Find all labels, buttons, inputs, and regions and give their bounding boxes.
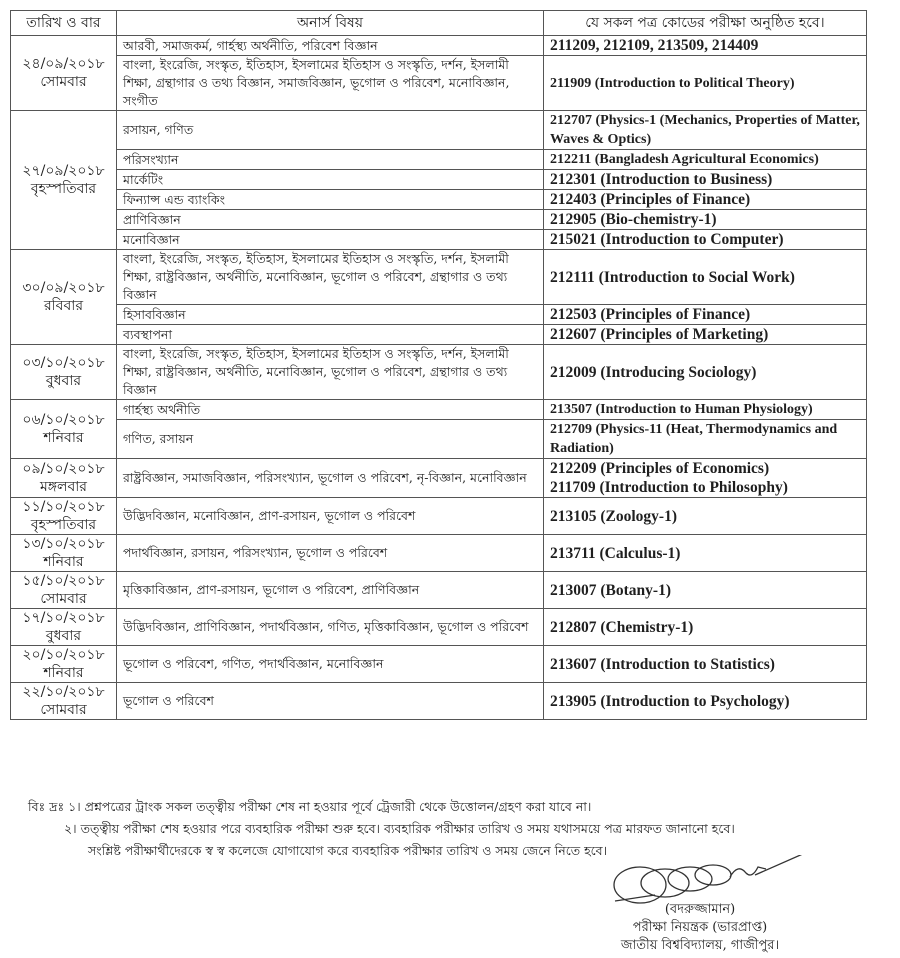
exam-weekday: শনিবার [17, 553, 110, 571]
paper-code-cell: 212607 (Principles of Marketing) [544, 325, 867, 345]
date-cell: ৩০/০৯/২০১৮রবিবার [11, 250, 117, 345]
table-row: গণিত, রসায়ন212709 (Physics-11 (Heat, Th… [11, 420, 867, 459]
exam-date: ১৩/১০/২০১৮ [17, 535, 110, 553]
paper-code-cell: 212707 (Physics-1 (Mechanics, Properties… [544, 111, 867, 150]
subjects-cell: মার্কেটিং [117, 170, 544, 190]
paper-code-cell: 212301 (Introduction to Business) [544, 170, 867, 190]
exam-date: ০৯/১০/২০১৮ [17, 460, 110, 478]
exam-date: ১১/১০/২০১৮ [17, 498, 110, 516]
subjects-cell: ব্যবস্থাপনা [117, 325, 544, 345]
paper-code-cell: 213007 (Botany-1) [544, 572, 867, 609]
exam-weekday: বৃহস্পতিবার [17, 180, 110, 198]
table-row: ব্যবস্থাপনা212607 (Principles of Marketi… [11, 325, 867, 345]
subjects-cell: আরবী, সমাজকর্ম, গার্হস্থ্য অর্থনীতি, পরি… [117, 36, 544, 56]
date-cell: ০৬/১০/২০১৮শনিবার [11, 400, 117, 459]
date-cell: ১৭/১০/২০১৮বুধবার [11, 609, 117, 646]
table-row: পরিসংখ্যান212211 (Bangladesh Agricultura… [11, 150, 867, 170]
subjects-cell: পদার্থবিজ্ঞান, রসায়ন, পরিসংখ্যান, ভূগোল… [117, 535, 544, 572]
paper-code-cell: 213905 (Introduction to Psychology) [544, 683, 867, 720]
exam-weekday: সোমবার [17, 73, 110, 91]
table-row: হিসাববিজ্ঞান212503 (Principles of Financ… [11, 305, 867, 325]
table-row: ১১/১০/২০১৮বৃহস্পতিবারউদ্ভিদবিজ্ঞান, মনোব… [11, 498, 867, 535]
table-row: ২০/১০/২০১৮শনিবারভূগোল ও পরিবেশ, গণিত, পদ… [11, 646, 867, 683]
subjects-cell: উদ্ভিদবিজ্ঞান, প্রাণিবিজ্ঞান, পদার্থবিজ্… [117, 609, 544, 646]
table-row: ২৭/০৯/২০১৮বৃহস্পতিবাররসায়ন, গণিত212707 … [11, 111, 867, 150]
subjects-cell: রাষ্ট্রবিজ্ঞান, সমাজবিজ্ঞান, পরিসংখ্যান,… [117, 459, 544, 498]
date-cell: ১৫/১০/২০১৮সোমবার [11, 572, 117, 609]
paper-code-cell: 212709 (Physics-11 (Heat, Thermodynamics… [544, 420, 867, 459]
paper-code-cell: 213607 (Introduction to Statistics) [544, 646, 867, 683]
exam-weekday: বুধবার [17, 627, 110, 645]
schedule-body: ২৪/০৯/২০১৮সোমবারআরবী, সমাজকর্ম, গার্হস্থ… [11, 36, 867, 720]
exam-weekday: মঙ্গলবার [17, 478, 110, 496]
paper-code-cell: 215021 (Introduction to Computer) [544, 230, 867, 250]
subjects-cell: বাংলা, ইংরেজি, সংস্কৃত, ইতিহাস, ইসলামের … [117, 345, 544, 400]
paper-code-cell: 213507 (Introduction to Human Physiology… [544, 400, 867, 420]
signatory-institution: জাতীয় বিশ্ববিদ্যালয়, গাজীপুর। [585, 937, 815, 955]
subjects-cell: মনোবিজ্ঞান [117, 230, 544, 250]
signature-block: (বদরুজ্জামান) পরীক্ষা নিয়ন্ত্রক (ভারপ্র… [585, 855, 815, 955]
exam-date: ২৭/০৯/২০১৮ [17, 162, 110, 180]
paper-code-cell: 212807 (Chemistry-1) [544, 609, 867, 646]
exam-weekday: সোমবার [17, 701, 110, 719]
exam-date: ২০/১০/২০১৮ [17, 646, 110, 664]
table-row: প্রাণিবিজ্ঞান212905 (Bio-chemistry-1) [11, 210, 867, 230]
paper-code-cell: 212211 (Bangladesh Agricultural Economic… [544, 150, 867, 170]
subjects-cell: ফিন্যান্স এন্ড ব্যাংকিং [117, 190, 544, 210]
paper-code-cell: 211909 (Introduction to Political Theory… [544, 56, 867, 111]
paper-code-cell: 212009 (Introducing Sociology) [544, 345, 867, 400]
date-cell: ২৪/০৯/২০১৮সোমবার [11, 36, 117, 111]
date-cell: ২২/১০/২০১৮সোমবার [11, 683, 117, 720]
date-cell: ২০/১০/২০১৮শনিবার [11, 646, 117, 683]
subjects-cell: রসায়ন, গণিত [117, 111, 544, 150]
date-cell: ১৩/১০/২০১৮শনিবার [11, 535, 117, 572]
exam-date: ৩০/০৯/২০১৮ [17, 279, 110, 297]
subjects-cell: মৃত্তিকাবিজ্ঞান, প্রাণ-রসায়ন, ভূগোল ও প… [117, 572, 544, 609]
subjects-cell: ভূগোল ও পরিবেশ, গণিত, পদার্থবিজ্ঞান, মনো… [117, 646, 544, 683]
exam-schedule-document: তারিখ ও বার অনার্স বিষয় যে সকল পত্র কোড… [10, 10, 866, 720]
table-row: ৩০/০৯/২০১৮রবিবারবাংলা, ইংরেজি, সংস্কৃত, … [11, 250, 867, 305]
date-cell: ১১/১০/২০১৮বৃহস্পতিবার [11, 498, 117, 535]
table-row: ০৬/১০/২০১৮শনিবারগার্হস্থ্য অর্থনীতি21350… [11, 400, 867, 420]
table-row: ২২/১০/২০১৮সোমবারভূগোল ও পরিবেশ213905 (In… [11, 683, 867, 720]
subjects-cell: উদ্ভিদবিজ্ঞান, মনোবিজ্ঞান, প্রাণ-রসায়ন,… [117, 498, 544, 535]
exam-weekday: শনিবার [17, 429, 110, 447]
subjects-cell: বাংলা, ইংরেজি, সংস্কৃত, ইতিহাস, ইসলামের … [117, 250, 544, 305]
date-column-header: তারিখ ও বার [11, 11, 117, 36]
subjects-cell: ভূগোল ও পরিবেশ [117, 683, 544, 720]
exam-schedule-table: তারিখ ও বার অনার্স বিষয় যে সকল পত্র কোড… [10, 10, 867, 720]
paper-code-cell: 213105 (Zoology-1) [544, 498, 867, 535]
signatory-designation: পরীক্ষা নিয়ন্ত্রক (ভারপ্রাপ্ত) [585, 919, 815, 937]
date-cell: ২৭/০৯/২০১৮বৃহস্পতিবার [11, 111, 117, 250]
table-row: মনোবিজ্ঞান215021 (Introduction to Comput… [11, 230, 867, 250]
subjects-cell: পরিসংখ্যান [117, 150, 544, 170]
note-2: ২। তত্ত্বীয় পরীক্ষা শেষ হওয়ার পরে ব্যব… [10, 818, 890, 840]
paper-code-cell: 212111 (Introduction to Social Work) [544, 250, 867, 305]
table-row: ১৩/১০/২০১৮শনিবারপদার্থবিজ্ঞান, রসায়ন, প… [11, 535, 867, 572]
signature-scribble-icon [595, 855, 805, 907]
exam-date: ০৬/১০/২০১৮ [17, 411, 110, 429]
table-header-row: তারিখ ও বার অনার্স বিষয় যে সকল পত্র কোড… [11, 11, 867, 36]
subjects-cell: গণিত, রসায়ন [117, 420, 544, 459]
note-1: বিঃ দ্রঃ ১। প্রশ্নপত্রের ট্রাংক সকল তত্ত… [10, 796, 890, 818]
table-row: ১৭/১০/২০১৮বুধবারউদ্ভিদবিজ্ঞান, প্রাণিবিজ… [11, 609, 867, 646]
table-row: ০৯/১০/২০১৮মঙ্গলবাররাষ্ট্রবিজ্ঞান, সমাজবি… [11, 459, 867, 498]
subjects-cell: প্রাণিবিজ্ঞান [117, 210, 544, 230]
date-cell: ০৯/১০/২০১৮মঙ্গলবার [11, 459, 117, 498]
exam-date: ১৭/১০/২০১৮ [17, 609, 110, 627]
subjects-cell: গার্হস্থ্য অর্থনীতি [117, 400, 544, 420]
exam-weekday: বুধবার [17, 372, 110, 390]
paper-code-cell: 212403 (Principles of Finance) [544, 190, 867, 210]
table-row: বাংলা, ইংরেজি, সংস্কৃত, ইতিহাস, ইসলামের … [11, 56, 867, 111]
date-cell: ০৩/১০/২০১৮বুধবার [11, 345, 117, 400]
paper-code-cell: 211209, 212109, 213509, 214409 [544, 36, 867, 56]
subjects-cell: বাংলা, ইংরেজি, সংস্কৃত, ইতিহাস, ইসলামের … [117, 56, 544, 111]
exam-date: ২৪/০৯/২০১৮ [17, 55, 110, 73]
table-row: ২৪/০৯/২০১৮সোমবারআরবী, সমাজকর্ম, গার্হস্থ… [11, 36, 867, 56]
exam-weekday: সোমবার [17, 590, 110, 608]
paper-code-cell: 212503 (Principles of Finance) [544, 305, 867, 325]
paper-code-cell: 212905 (Bio-chemistry-1) [544, 210, 867, 230]
code-column-header: যে সকল পত্র কোডের পরীক্ষা অনুষ্ঠিত হবে। [544, 11, 867, 36]
table-row: মার্কেটিং212301 (Introduction to Busines… [11, 170, 867, 190]
subjects-cell: হিসাববিজ্ঞান [117, 305, 544, 325]
exam-date: ০৩/১০/২০১৮ [17, 354, 110, 372]
table-row: ০৩/১০/২০১৮বুধবারবাংলা, ইংরেজি, সংস্কৃত, … [11, 345, 867, 400]
exam-date: ১৫/১০/২০১৮ [17, 572, 110, 590]
paper-code-cell: 212209 (Principles of Economics) 211709 … [544, 459, 867, 498]
exam-date: ২২/১০/২০১৮ [17, 683, 110, 701]
table-row: ফিন্যান্স এন্ড ব্যাংকিং212403 (Principle… [11, 190, 867, 210]
notes-section: বিঃ দ্রঃ ১। প্রশ্নপত্রের ট্রাংক সকল তত্ত… [10, 796, 890, 862]
subject-column-header: অনার্স বিষয় [117, 11, 544, 36]
exam-weekday: রবিবার [17, 297, 110, 315]
signatory-name: (বদরুজ্জামান) [585, 901, 815, 919]
table-row: ১৫/১০/২০১৮সোমবারমৃত্তিকাবিজ্ঞান, প্রাণ-র… [11, 572, 867, 609]
paper-code-cell: 213711 (Calculus-1) [544, 535, 867, 572]
exam-weekday: শনিবার [17, 664, 110, 682]
exam-weekday: বৃহস্পতিবার [17, 516, 110, 534]
